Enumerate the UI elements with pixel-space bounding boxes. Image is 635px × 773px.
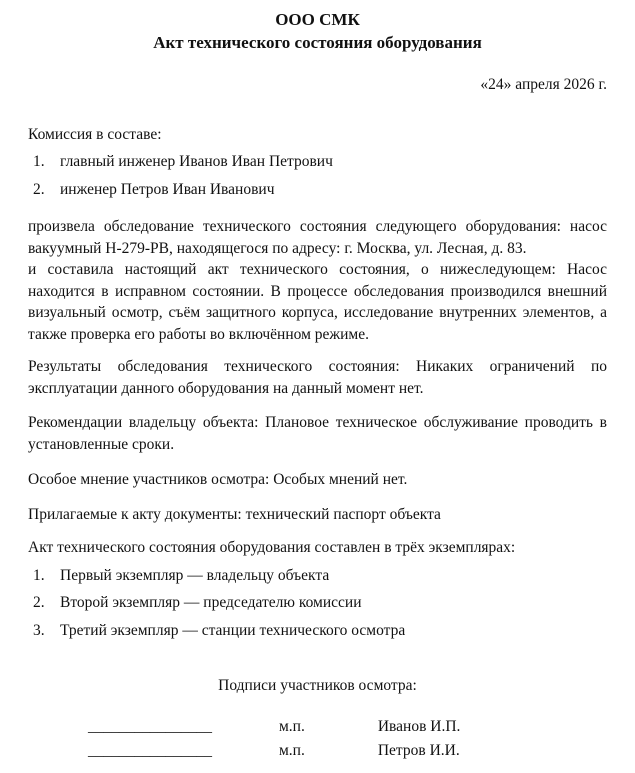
commission-intro: Комиссия в составе:: [28, 124, 607, 146]
signature-blank-line: ________________: [88, 716, 212, 738]
list-item-number: 1.: [33, 565, 60, 587]
signer-name: Петров И.И.: [378, 740, 460, 762]
list-item-text: инженер Петров Иван Иванович: [60, 179, 607, 201]
list-item-number: 2.: [33, 592, 60, 614]
copies-list: 1. Первый экземпляр — владельцу объекта …: [28, 565, 607, 642]
list-item-number: 1.: [33, 151, 60, 173]
document-title: Акт технического состояния оборудования: [28, 31, 607, 54]
copies-intro: Акт технического состояния оборудования …: [28, 537, 607, 559]
list-item-text: Первый экземпляр — владельцу объекта: [60, 565, 607, 587]
stamp-placeholder: м.п.: [279, 740, 305, 762]
survey-paragraph: произвела обследование технического сост…: [28, 216, 607, 259]
recommendations-paragraph: Рекомендации владельцу объекта: Плановое…: [28, 412, 607, 455]
document-date: «24» апреля 2026 г.: [28, 74, 607, 96]
stamp-placeholder: м.п.: [279, 716, 305, 738]
list-item-text: Третий экземпляр — станции технического …: [60, 620, 607, 642]
list-item-text: Второй экземпляр — председателю комиссии: [60, 592, 607, 614]
organization-name: ООО СМК: [28, 8, 607, 31]
signer-name: Иванов И.П.: [378, 716, 461, 738]
list-item: 1. главный инженер Иванов Иван Петрович: [28, 151, 607, 173]
document-page: ООО СМК Акт технического состояния обору…: [0, 0, 635, 773]
list-item: 2. Второй экземпляр — председателю комис…: [28, 592, 607, 614]
act-conclusion-paragraph: и составила настоящий акт технического с…: [28, 259, 607, 345]
list-item-number: 3.: [33, 620, 60, 642]
signatures-heading: Подписи участников осмотра:: [28, 675, 607, 697]
document-header: ООО СМК Акт технического состояния обору…: [28, 8, 607, 54]
list-item: 1. Первый экземпляр — владельцу объекта: [28, 565, 607, 587]
special-opinion-paragraph: Особое мнение участников осмотра: Особых…: [28, 469, 607, 491]
signature-row: ________________ м.п. Петров И.И.: [28, 740, 607, 762]
commission-members-list: 1. главный инженер Иванов Иван Петрович …: [28, 151, 607, 200]
list-item: 3. Третий экземпляр — станции техническо…: [28, 620, 607, 642]
list-item-text: главный инженер Иванов Иван Петрович: [60, 151, 607, 173]
results-paragraph: Результаты обследования технического сос…: [28, 356, 607, 399]
list-item: 2. инженер Петров Иван Иванович: [28, 179, 607, 201]
signature-blank-line: ________________: [88, 740, 212, 762]
attachments-paragraph: Прилагаемые к акту документы: технически…: [28, 504, 607, 526]
list-item-number: 2.: [33, 179, 60, 201]
signature-row: ________________ м.п. Иванов И.П.: [28, 716, 607, 738]
